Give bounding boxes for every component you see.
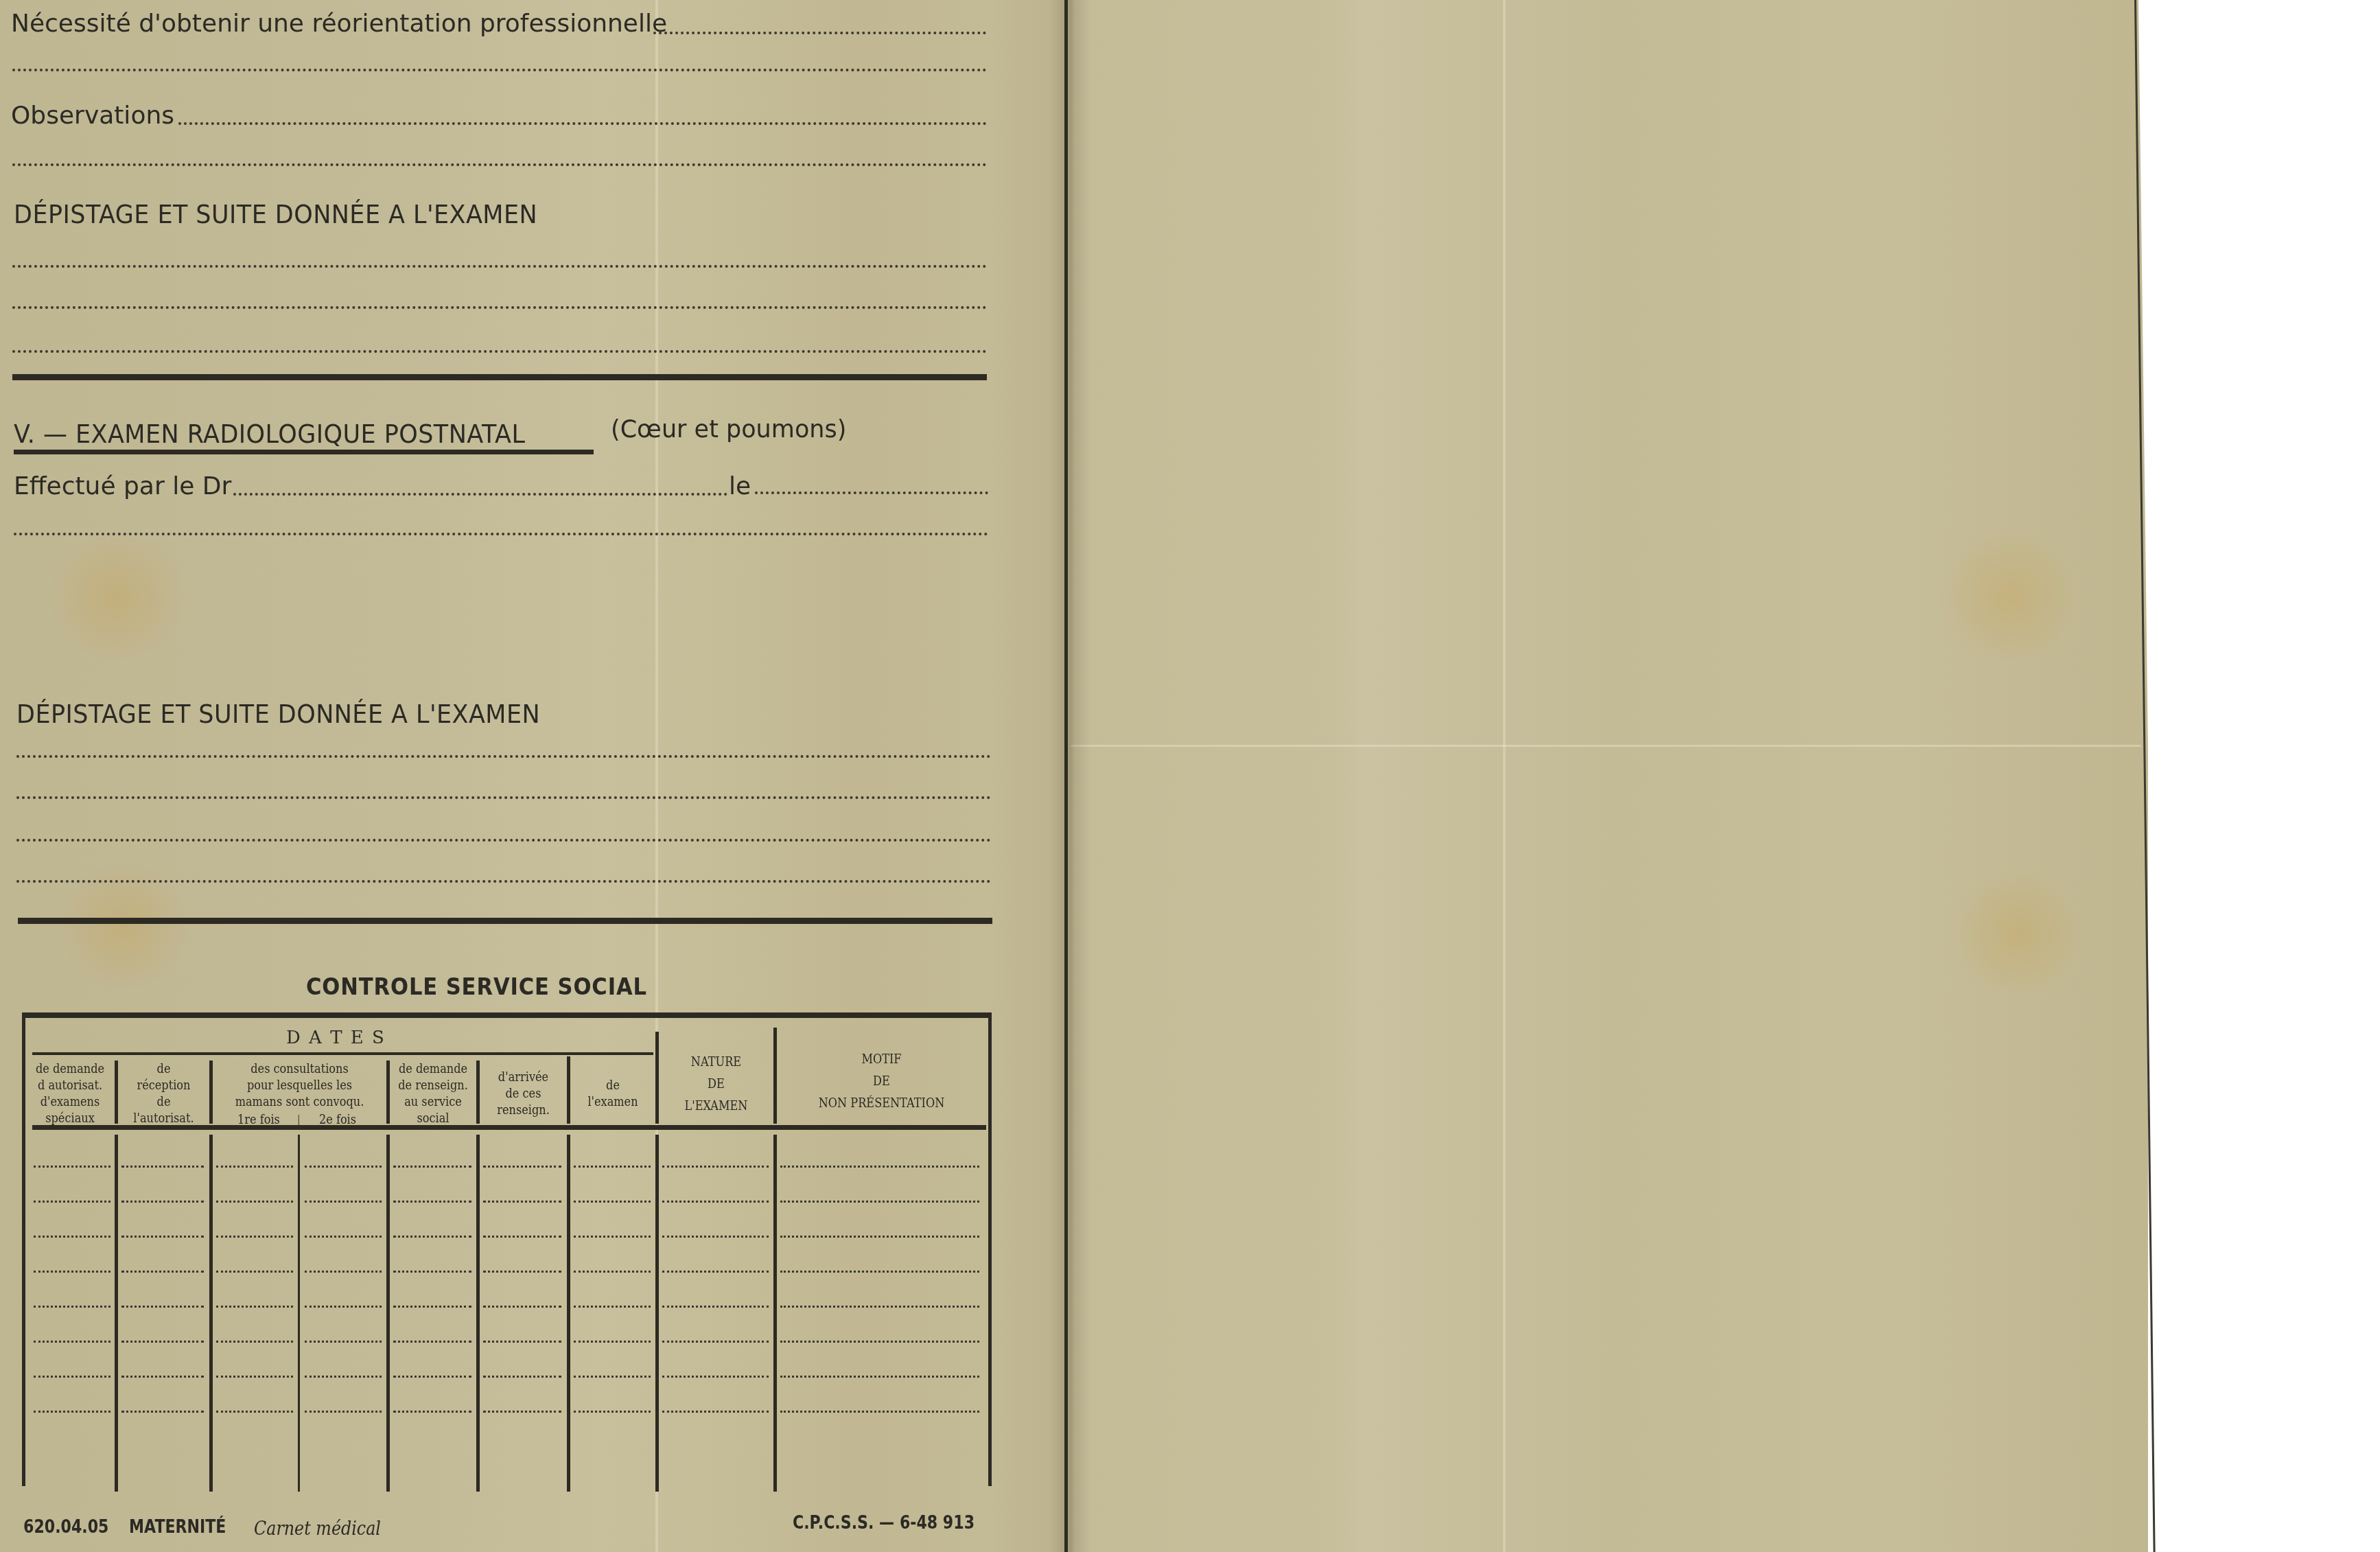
depistage-2-line[interactable] [16,796,991,799]
table-cell-field[interactable] [780,1341,979,1343]
table-cell-field[interactable] [393,1341,471,1343]
col-sep [209,1061,213,1124]
col-sep [567,1056,570,1124]
controle-table: D A T E S de demande d autorisat. d'exam… [22,1012,992,1486]
footer-print-ref: C.P.C.S.S. — 6-48 913 [793,1513,975,1533]
table-cell-field[interactable] [305,1166,382,1168]
reorientation-field[interactable] [653,32,986,34]
table-cell-field[interactable] [662,1201,769,1203]
depistage-2-line[interactable] [16,755,991,758]
reorientation-field-line2[interactable] [12,69,987,71]
table-cell-field[interactable] [34,1201,110,1203]
depistage-1-line[interactable] [12,265,987,268]
col-sep [773,1135,777,1492]
table-cell-field[interactable] [780,1166,979,1168]
col-sep [655,1032,659,1124]
table-cell-field[interactable] [34,1236,110,1238]
stain [55,865,192,988]
col-sep [476,1135,480,1492]
table-cell-field[interactable] [662,1306,769,1308]
table-cell-field[interactable] [393,1376,471,1378]
table-cell-field[interactable] [574,1341,651,1343]
table-cell-field[interactable] [483,1201,561,1203]
table-cell-field[interactable] [574,1201,651,1203]
table-cell-field[interactable] [483,1306,561,1308]
observations-field-line2[interactable] [12,163,987,166]
table-cell-field[interactable] [216,1236,293,1238]
effectue-label: Effectué par le Dr [14,472,231,500]
table-cell-field[interactable] [662,1411,769,1413]
table-cell-field[interactable] [393,1306,471,1308]
table-cell-field[interactable] [393,1271,471,1273]
table-cell-field[interactable] [574,1166,651,1168]
table-cell-field[interactable] [305,1341,382,1343]
table-cell-field[interactable] [483,1166,561,1168]
table-cell-field[interactable] [393,1411,471,1413]
table-cell-field[interactable] [393,1201,471,1203]
exam-date-field[interactable] [755,491,988,494]
col-sep [298,1135,300,1492]
col-header-nature-examen: NATURE DE L'EXAMEN [668,1051,765,1117]
col-sep [476,1061,480,1124]
dates-group-label: D A T E S [286,1028,386,1048]
page-gutter [1064,0,1068,1552]
table-cell-field[interactable] [121,1201,204,1203]
depistage-2-line[interactable] [16,880,991,883]
col-header-consultations: des consultations pour lesquelles les ma… [226,1061,373,1110]
depistage-heading-2: DÉPISTAGE ET SUITE DONNÉE A L'EXAMEN [16,699,540,729]
col-header-motif-non-presentation: MOTIF DE NON PRÉSENTATION [793,1048,970,1114]
table-cell-field[interactable] [780,1411,979,1413]
table-cell-field[interactable] [121,1271,204,1273]
table-cell-field[interactable] [574,1376,651,1378]
col-sep [773,1028,777,1124]
dates-group-rule [32,1052,653,1055]
table-cell-field[interactable] [483,1411,561,1413]
table-cell-field[interactable] [34,1271,110,1273]
table-cell-field[interactable] [574,1411,651,1413]
table-cell-field[interactable] [305,1306,382,1308]
col-header-demande-renseignements: de demande de renseign. au service socia… [396,1061,469,1126]
table-cell-field[interactable] [574,1306,651,1308]
table-cell-field[interactable] [483,1341,561,1343]
table-cell-field[interactable] [216,1341,293,1343]
col-sep [386,1061,390,1124]
section-v-subtitle: (Cœur et poumons) [611,416,846,443]
header-bottom-rule [32,1125,986,1130]
col-header-arrivee-renseignements: d'arrivée de ces renseign. [487,1069,561,1118]
table-cell-field[interactable] [216,1306,293,1308]
table-cell-field[interactable] [34,1411,110,1413]
date-label: le [729,472,751,500]
table-cell-field[interactable] [393,1236,471,1238]
table-cell-field[interactable] [121,1306,204,1308]
controle-title: CONTROLE SERVICE SOCIAL [306,973,647,1001]
table-cell-field[interactable] [121,1236,204,1238]
table-cell-field[interactable] [305,1411,382,1413]
table-cell-field[interactable] [305,1271,382,1273]
table-cell-field[interactable] [121,1341,204,1343]
footer-title: MATERNITÉ [129,1517,226,1538]
section-v-line[interactable] [14,533,988,535]
table-cell-field[interactable] [662,1236,769,1238]
table-cell-field[interactable] [662,1376,769,1378]
table-cell-field[interactable] [662,1341,769,1343]
section-v-underline [14,450,594,454]
col-header-reception-autorisation: de réception de l'autorisat. [125,1061,202,1126]
table-cell-field[interactable] [483,1236,561,1238]
table-cell-field[interactable] [34,1306,110,1308]
right-page [1071,0,2134,1552]
section-v-title: V. — EXAMEN RADIOLOGIQUE POSTNATAL [14,419,525,449]
table-cell-field[interactable] [393,1166,471,1168]
reorientation-label: Nécessité d'obtenir une réorientation pr… [11,10,667,38]
table-cell-field[interactable] [216,1271,293,1273]
footer-subtitle: Carnet médical [254,1517,381,1540]
table-cell-field[interactable] [305,1236,382,1238]
col-sep [655,1135,659,1492]
table-cell-field[interactable] [121,1411,204,1413]
table-cell-field[interactable] [121,1376,204,1378]
col-sep [209,1135,213,1492]
doctor-name-field[interactable] [233,493,727,496]
depistage-1-line[interactable] [12,306,987,309]
table-cell-field[interactable] [780,1306,979,1308]
table-cell-field[interactable] [216,1166,293,1168]
depistage-heading-1: DÉPISTAGE ET SUITE DONNÉE A L'EXAMEN [14,199,537,229]
section-divider [12,374,987,380]
table-cell-field[interactable] [34,1166,110,1168]
table-cell-field[interactable] [34,1376,110,1378]
col-sep [567,1135,570,1492]
table-cell-field[interactable] [305,1376,382,1378]
table-cell-field[interactable] [574,1236,651,1238]
col-header-demande-autorisation: de demande d autorisat. d'examens spécia… [32,1061,108,1126]
table-cell-field[interactable] [121,1166,204,1168]
table-cell-field[interactable] [305,1201,382,1203]
table-cell-field[interactable] [216,1411,293,1413]
depistage-2-line[interactable] [16,839,991,842]
table-cell-field[interactable] [216,1201,293,1203]
col-sep [115,1061,118,1124]
table-cell-field[interactable] [780,1201,979,1203]
table-cell-field[interactable] [574,1271,651,1273]
col-header-examen-date: de l'examen [576,1077,649,1110]
table-cell-field[interactable] [34,1341,110,1343]
section-divider [18,918,992,924]
table-cell-field[interactable] [483,1271,561,1273]
depistage-1-line[interactable] [12,350,987,353]
table-cell-field[interactable] [216,1376,293,1378]
table-cell-field[interactable] [780,1271,979,1273]
table-cell-field[interactable] [780,1376,979,1378]
observations-label: Observations [11,102,174,130]
stain [41,535,192,659]
col-sep [386,1135,390,1492]
col-sep [115,1135,118,1492]
table-cell-field[interactable] [780,1236,979,1238]
table-cell-field[interactable] [662,1271,769,1273]
footer-code: 620.04.05 [23,1517,108,1538]
table-cell-field[interactable] [662,1166,769,1168]
observations-field[interactable] [178,122,987,125]
table-cell-field[interactable] [483,1376,561,1378]
